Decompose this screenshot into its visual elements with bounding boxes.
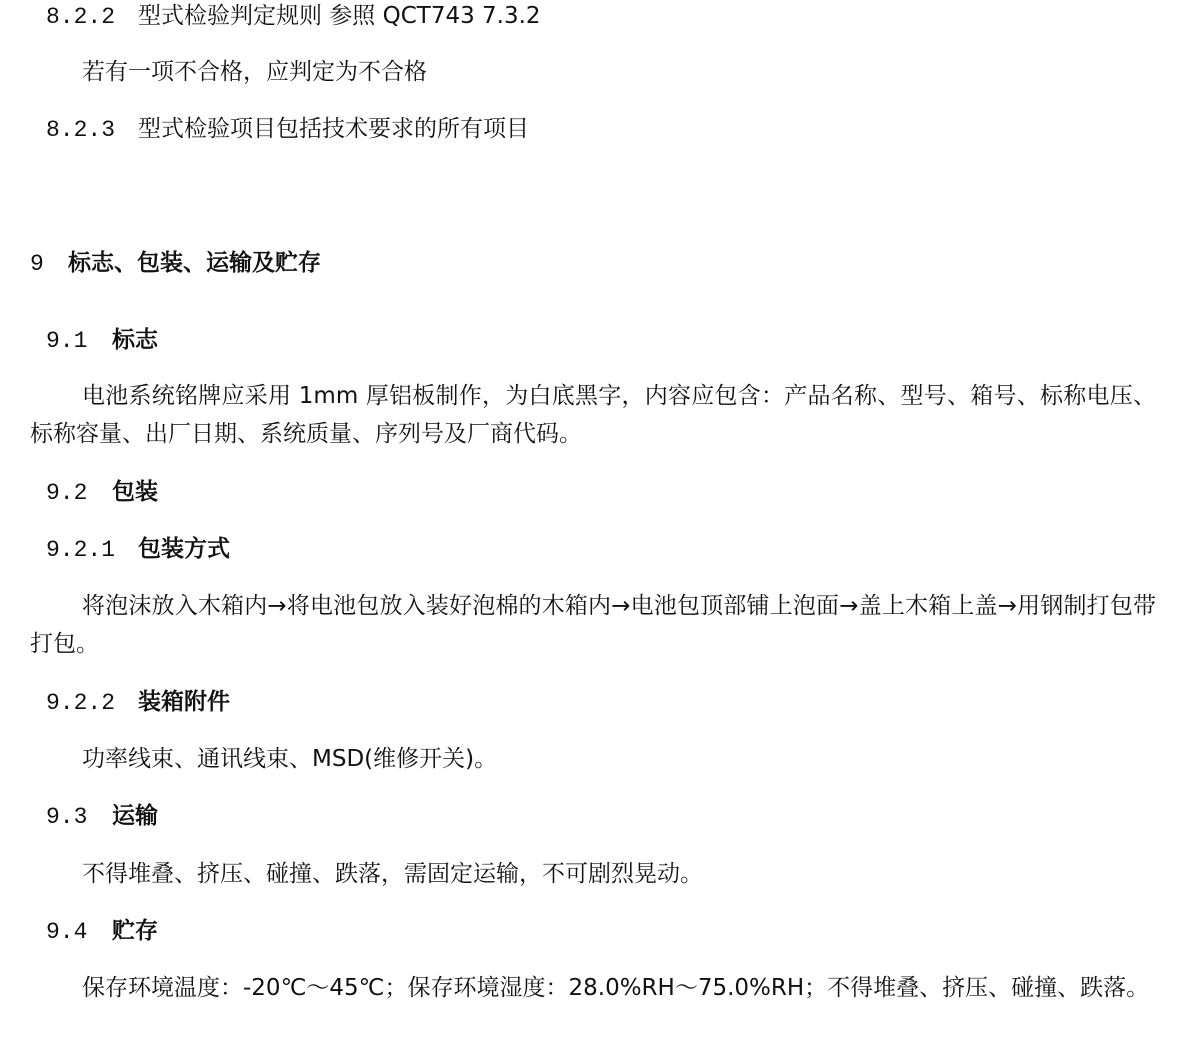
section-title: 包装 xyxy=(112,479,158,505)
heading-9-2-2: 9.2.2装箱附件 xyxy=(46,688,230,717)
heading-8-2-3: 8.2.3型式检验项目包括技术要求的所有项目 xyxy=(46,115,529,144)
section-number: 9.2.2 xyxy=(46,689,138,717)
section-number: 9.1 xyxy=(46,327,112,355)
section-number: 9.4 xyxy=(46,918,112,946)
paragraph-8-2-2: 若有一项不合格，应判定为不合格 xyxy=(82,58,427,86)
section-number: 9.2.1 xyxy=(46,536,138,564)
section-title: 标志 xyxy=(112,327,158,353)
section-number: 8.2.3 xyxy=(46,116,138,144)
paragraph-9-2-2: 功率线束、通讯线束、MSD(维修开关)。 xyxy=(82,745,497,773)
section-title: 标志、包装、运输及贮存 xyxy=(68,250,321,276)
paragraph-9-1: 电池系统铭牌应采用 1mm 厚铝板制作，为白底黑字，内容应包含：产品名称、型号、… xyxy=(30,377,1156,453)
section-number: 8.2.2 xyxy=(46,3,138,31)
section-number: 9.3 xyxy=(46,803,112,831)
heading-9-2: 9.2包装 xyxy=(46,478,158,507)
section-title: 包装方式 xyxy=(138,536,230,562)
paragraph-9-4: 保存环境温度：-20℃～45℃；保存环境湿度：28.0%RH～75.0%RH；不… xyxy=(30,969,1156,1007)
heading-9-2-1: 9.2.1包装方式 xyxy=(46,535,230,564)
heading-9-3: 9.3运输 xyxy=(46,802,158,831)
section-title: 运输 xyxy=(112,803,158,829)
section-title: 型式检验项目包括技术要求的所有项目 xyxy=(138,116,529,142)
heading-9: 9标志、包装、运输及贮存 xyxy=(30,249,321,278)
heading-8-2-2: 8.2.2型式检验判定规则 参照 QCT743 7.3.2 xyxy=(46,2,541,31)
section-title: 贮存 xyxy=(112,918,158,944)
section-number: 9 xyxy=(30,250,68,278)
section-title: 型式检验判定规则 参照 QCT743 7.3.2 xyxy=(138,3,541,29)
section-title: 装箱附件 xyxy=(138,689,230,715)
heading-9-4: 9.4贮存 xyxy=(46,917,158,946)
section-number: 9.2 xyxy=(46,479,112,507)
heading-9-1: 9.1标志 xyxy=(46,326,158,355)
paragraph-9-3: 不得堆叠、挤压、碰撞、跌落，需固定运输，不可剧烈晃动。 xyxy=(82,860,703,888)
paragraph-9-2-1: 将泡沫放入木箱内→将电池包放入装好泡棉的木箱内→电池包顶部铺上泡面→盖上木箱上盖… xyxy=(30,587,1156,663)
